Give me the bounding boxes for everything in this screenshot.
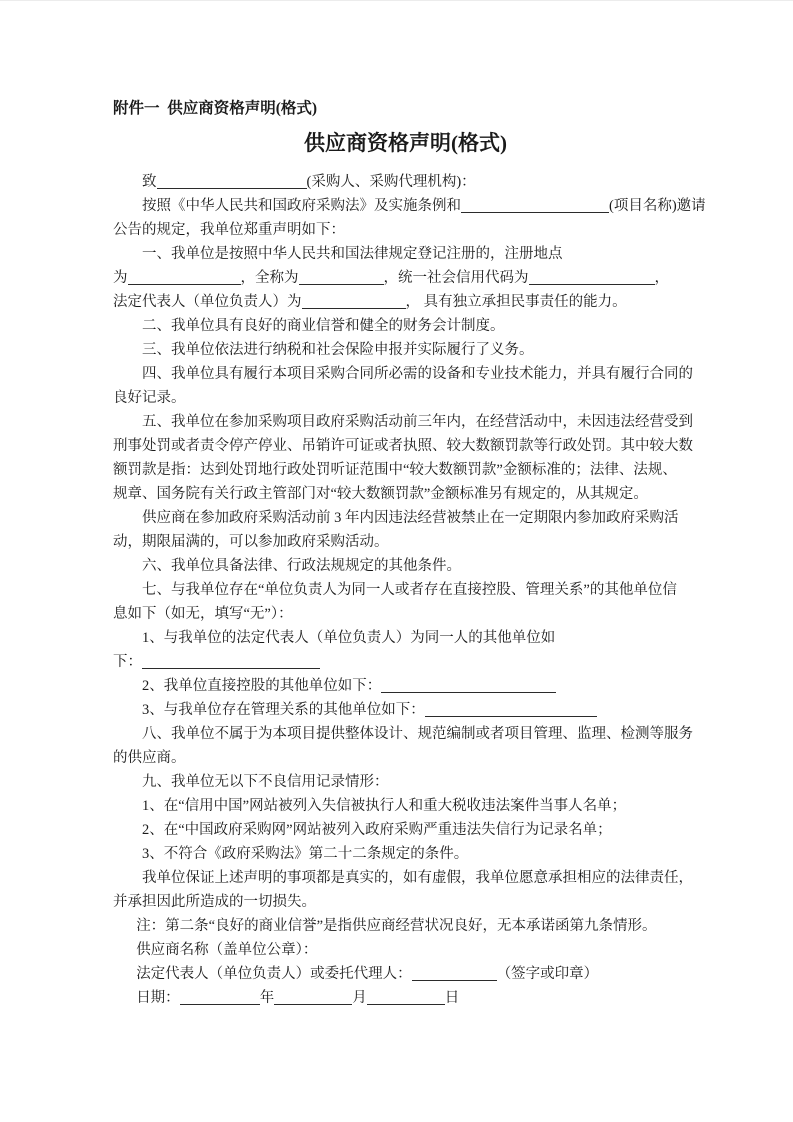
doc-text: 刑事处罚或者责令停产停业、吊销许可证或者执照、较大数额罚款等行政处罚。其中较大数 — [113, 438, 693, 454]
doc-text: 按照《中华人民共和国政府采购法》及实施条例和 — [142, 198, 461, 214]
doc-text: 二、我单位具有良好的商业信誉和健全的财务会计制度。 — [142, 318, 505, 334]
doc-line: 八、我单位不属于为本项目提供整体设计、规范编制或者项目管理、监理、检测等服务 — [113, 722, 698, 746]
doc-text: 年 — [260, 990, 275, 1006]
doc-text: (采购人、采购代理机构)： — [307, 174, 476, 190]
doc-line: 四、我单位具有履行本项目采购合同所必需的设备和专业技术能力，并具有履行合同的 — [113, 362, 698, 386]
doc-text: 我单位保证上述声明的事项都是真实的，如有虚假，我单位愿意承担相应的法律责任， — [142, 870, 693, 886]
doc-text: （签字或印章） — [497, 966, 599, 982]
document-body: 致(采购人、采购代理机构)：按照《中华人民共和国政府采购法》及实施条例和(项目名… — [113, 170, 698, 1010]
doc-text: 致 — [142, 174, 157, 190]
doc-line: 日期：年月日 — [113, 986, 698, 1010]
doc-text: 公告的规定，我单位郑重声明如下： — [113, 222, 345, 238]
doc-line: 息如下（如无，填写“无”）： — [113, 602, 698, 626]
doc-text: 月 — [352, 990, 367, 1006]
fill-in-blank[interactable] — [157, 174, 307, 190]
doc-text: 良好记录。 — [113, 390, 186, 406]
doc-line: 刑事处罚或者责令停产停业、吊销许可证或者执照、较大数额罚款等行政处罚。其中较大数 — [113, 434, 698, 458]
fill-in-blank[interactable] — [461, 198, 609, 214]
doc-text: ，统一社会信用代码为 — [384, 270, 529, 286]
doc-text: 日 — [445, 990, 460, 1006]
doc-line: 五、我单位在参加采购项目政府采购活动前三年内，在经营活动中，未因违法经营受到 — [113, 410, 698, 434]
doc-text: ， — [655, 270, 670, 286]
doc-line: 3、与我单位存在管理关系的其他单位如下： — [113, 698, 698, 722]
doc-line: 六、我单位具备法律、行政法规规定的其他条件。 — [113, 554, 698, 578]
doc-line: 规章、国务院有关行政主管部门对“较大数额罚款”金额标准另有规定的，从其规定。 — [113, 482, 698, 506]
doc-text: 八、我单位不属于为本项目提供整体设计、规范编制或者项目管理、监理、检测等服务 — [142, 726, 693, 742]
doc-line: 一、我单位是按照中华人民共和国法律规定登记注册的，注册地点 — [113, 242, 698, 266]
fill-in-blank[interactable] — [142, 654, 320, 670]
doc-line: 公告的规定，我单位郑重声明如下： — [113, 218, 698, 242]
document-title: 供应商资格声明(格式) — [113, 128, 698, 158]
fill-in-blank[interactable] — [367, 990, 445, 1006]
doc-text: 法定代表人（单位负责人）或委托代理人： — [136, 966, 412, 982]
doc-line: 动，期限届满的，可以参加政府采购活动。 — [113, 530, 698, 554]
document-content: 附件一 供应商资格声明(格式) 供应商资格声明(格式) 致(采购人、采购代理机构… — [0, 1, 793, 1010]
doc-line: 为，全称为，统一社会信用代码为， — [113, 266, 698, 290]
doc-text: 供应商名称（盖单位公章）： — [136, 942, 317, 958]
doc-line: 致(采购人、采购代理机构)： — [113, 170, 698, 194]
fill-in-blank[interactable] — [299, 270, 384, 286]
doc-line: 3、不符合《政府采购法》第二十二条规定的条件。 — [113, 842, 698, 866]
doc-line: 并承担因此所造成的一切损失。 — [113, 890, 698, 914]
doc-text: 五、我单位在参加采购项目政府采购活动前三年内，在经营活动中，未因违法经营受到 — [142, 414, 693, 430]
doc-text: 的供应商。 — [113, 750, 186, 766]
doc-line: 九、我单位无以下不良信用记录情形： — [113, 770, 698, 794]
fill-in-blank[interactable] — [180, 990, 260, 1006]
fill-in-blank[interactable] — [381, 678, 556, 694]
doc-line: 三、我单位依法进行纳税和社会保险申报并实际履行了义务。 — [113, 338, 698, 362]
doc-line: 的供应商。 — [113, 746, 698, 770]
doc-text: (项目名称)邀请 — [609, 198, 706, 214]
document-page: 附件一 供应商资格声明(格式) 供应商资格声明(格式) 致(采购人、采购代理机构… — [0, 0, 793, 1122]
doc-text: 法定代表人（单位负责人）为 — [113, 294, 302, 310]
doc-line: 七、与我单位存在“单位负责人为同一人或者存在直接控股、管理关系”的其他单位信 — [113, 578, 698, 602]
doc-line: 注：第二条“良好的商业信誉”是指供应商经营状况良好，无本承诺函第九条情形。 — [113, 914, 698, 938]
doc-line: 二、我单位具有良好的商业信誉和健全的财务会计制度。 — [113, 314, 698, 338]
doc-text: 息如下（如无，填写“无”）： — [113, 606, 293, 622]
doc-text: 3、不符合《政府采购法》第二十二条规定的条件。 — [142, 846, 468, 862]
doc-text: 四、我单位具有履行本项目采购合同所必需的设备和专业技术能力，并具有履行合同的 — [142, 366, 693, 382]
doc-text: 2、在“中国政府采购网”网站被列入政府采购严重违法失信行为记录名单； — [142, 822, 612, 838]
doc-text: 三、我单位依法进行纳税和社会保险申报并实际履行了义务。 — [142, 342, 534, 358]
doc-line: 供应商在参加政府采购活动前 3 年内因违法经营被禁止在一定期限内参加政府采购活 — [113, 506, 698, 530]
doc-text: 六、我单位具备法律、行政法规规定的其他条件。 — [142, 558, 461, 574]
doc-line: 1、在“信用中国”网站被列入失信被执行人和重大税收违法案件当事人名单； — [113, 794, 698, 818]
doc-text: 七、与我单位存在“单位负责人为同一人或者存在直接控股、管理关系”的其他单位信 — [142, 582, 677, 598]
fill-in-blank[interactable] — [412, 966, 497, 982]
doc-text: 一、我单位是按照中华人民共和国法律规定登记注册的，注册地点 — [142, 246, 563, 262]
doc-text: 1、与我单位的法定代表人（单位负责人）为同一人的其他单位如 — [142, 630, 555, 646]
doc-text: 为 — [113, 270, 128, 286]
doc-text: ，全称为 — [241, 270, 299, 286]
fill-in-blank[interactable] — [128, 270, 241, 286]
doc-text: 额罚款是指：达到处罚地行政处罚听证范围中“较大数额罚款”金额标准的；法律、法规、 — [113, 462, 677, 478]
doc-text: 3、与我单位存在管理关系的其他单位如下： — [142, 702, 425, 718]
doc-text: 2、我单位直接控股的其他单位如下： — [142, 678, 381, 694]
fill-in-blank[interactable] — [529, 270, 655, 286]
doc-text: 日期： — [136, 990, 180, 1006]
doc-line: 供应商名称（盖单位公章）： — [113, 938, 698, 962]
doc-text: 供应商在参加政府采购活动前 3 年内因违法经营被禁止在一定期限内参加政府采购活 — [142, 510, 679, 526]
doc-text: 注：第二条“良好的商业信誉”是指供应商经营状况良好，无本承诺函第九条情形。 — [136, 918, 656, 934]
doc-line: 下： — [113, 650, 698, 674]
doc-line: 我单位保证上述声明的事项都是真实的，如有虚假，我单位愿意承担相应的法律责任， — [113, 866, 698, 890]
doc-line: 额罚款是指：达到处罚地行政处罚听证范围中“较大数额罚款”金额标准的；法律、法规、 — [113, 458, 698, 482]
fill-in-blank[interactable] — [302, 294, 406, 310]
attachment-heading: 附件一 供应商资格声明(格式) — [113, 97, 698, 121]
doc-line: 按照《中华人民共和国政府采购法》及实施条例和(项目名称)邀请 — [113, 194, 698, 218]
doc-line: 法定代表人（单位负责人）或委托代理人：（签字或印章） — [113, 962, 698, 986]
fill-in-blank[interactable] — [425, 702, 597, 718]
doc-text: 九、我单位无以下不良信用记录情形： — [142, 774, 389, 790]
doc-text: 并承担因此所造成的一切损失。 — [113, 894, 316, 910]
doc-text: 动，期限届满的，可以参加政府采购活动。 — [113, 534, 389, 550]
doc-line: 1、与我单位的法定代表人（单位负责人）为同一人的其他单位如 — [113, 626, 698, 650]
doc-line: 2、在“中国政府采购网”网站被列入政府采购严重违法失信行为记录名单； — [113, 818, 698, 842]
doc-line: 2、我单位直接控股的其他单位如下： — [113, 674, 698, 698]
doc-text: 规章、国务院有关行政主管部门对“较大数额罚款”金额标准另有规定的，从其规定。 — [113, 486, 648, 502]
doc-line: 法定代表人（单位负责人）为， 具有独立承担民事责任的能力。 — [113, 290, 698, 314]
doc-line: 良好记录。 — [113, 386, 698, 410]
doc-text: 下： — [113, 654, 142, 670]
doc-text: ， 具有独立承担民事责任的能力。 — [406, 294, 627, 310]
fill-in-blank[interactable] — [274, 990, 352, 1006]
doc-text: 1、在“信用中国”网站被列入失信被执行人和重大税收违法案件当事人名单； — [142, 798, 626, 814]
